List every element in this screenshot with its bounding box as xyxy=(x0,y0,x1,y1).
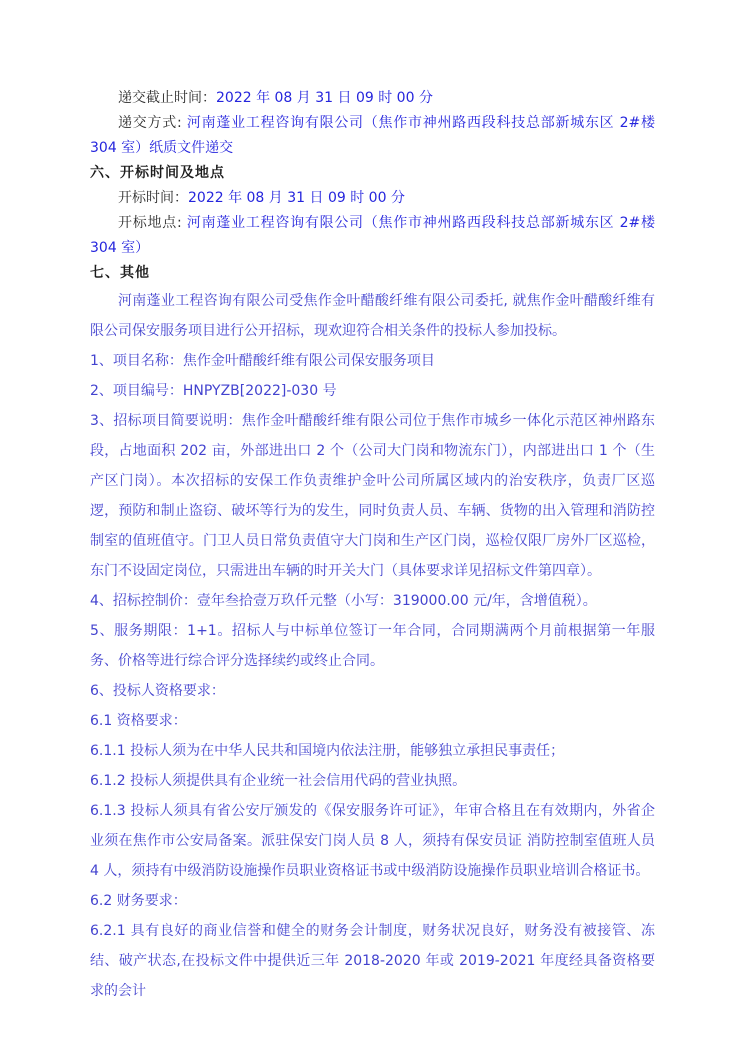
top-section: 递交截止时间：2022 年 08 月 31 日 09 时 00 分 递交方式: … xyxy=(90,86,655,286)
item-qualification-1: 6.1.1 投标人须为在中华人民共和国境内依法注册，能够独立承担民事责任； xyxy=(90,736,655,766)
item-finance-1: 6.2.1 具有良好的商业信誉和健全的财务会计制度，财务状况良好，财务没有被接管… xyxy=(90,916,655,1006)
submission-deadline-value: 2022 年 08 月 31 日 09 时 00 分 xyxy=(216,90,433,106)
submission-deadline-line: 递交截止时间：2022 年 08 月 31 日 09 时 00 分 xyxy=(90,86,655,111)
item-qualification-header: 6.1 资格要求： xyxy=(90,706,655,736)
item-qualification-3: 6.1.3 投标人须具有省公安厅颁发的《保安服务许可证》，年审合格且在有效期内，… xyxy=(90,796,655,886)
item-finance-header: 6.2 财务要求： xyxy=(90,886,655,916)
bid-opening-time-value: 2022 年 08 月 31 日 09 时 00 分 xyxy=(188,190,405,206)
item-service-term: 5、服务期限：1+1。招标人与中标单位签订一年合同，合同期满两个月前根据第一年服… xyxy=(90,616,655,676)
item-control-price: 4、招标控制价：壹年叁拾壹万玖仟元整（小写：319000.00 元/年，含增值税… xyxy=(90,586,655,616)
body-section: 河南蓬业工程咨询有限公司受焦作金叶醋酸纤维有限公司委托, 就焦作金叶醋酸纤维有限… xyxy=(90,286,655,1006)
section-heading-bid-opening: 六、开标时间及地点 xyxy=(90,161,655,186)
intro-paragraph: 河南蓬业工程咨询有限公司受焦作金叶醋酸纤维有限公司委托, 就焦作金叶醋酸纤维有限… xyxy=(90,286,655,346)
bid-opening-time-label: 开标时间： xyxy=(118,190,188,206)
item-qualification-2: 6.1.2 投标人须提供具有企业统一社会信用代码的营业执照。 xyxy=(90,766,655,796)
bid-opening-place-label: 开标地点: xyxy=(118,215,182,231)
item-bidder-requirements: 6、投标人资格要求： xyxy=(90,676,655,706)
bid-opening-place-line: 开标地点: 河南蓬业工程咨询有限公司（焦作市神州路西段科技总部新城东区 2#楼 … xyxy=(90,211,655,261)
item-project-number: 2、项目编号：HNPYZB[2022]-030 号 xyxy=(90,376,655,406)
bid-opening-time-line: 开标时间：2022 年 08 月 31 日 09 时 00 分 xyxy=(90,186,655,211)
submission-method-label: 递交方式: xyxy=(118,115,182,131)
item-project-description: 3、招标项目简要说明：焦作金叶醋酸纤维有限公司位于焦作市城乡一体化示范区神州路东… xyxy=(90,406,655,586)
section-heading-other: 七、其他 xyxy=(90,261,655,286)
submission-method-line: 递交方式: 河南蓬业工程咨询有限公司（焦作市神州路西段科技总部新城东区 2#楼 … xyxy=(90,111,655,161)
submission-deadline-label: 递交截止时间： xyxy=(118,90,216,106)
document-page: 递交截止时间：2022 年 08 月 31 日 09 时 00 分 递交方式: … xyxy=(0,0,745,1056)
item-project-name: 1、项目名称：焦作金叶醋酸纤维有限公司保安服务项目 xyxy=(90,346,655,376)
